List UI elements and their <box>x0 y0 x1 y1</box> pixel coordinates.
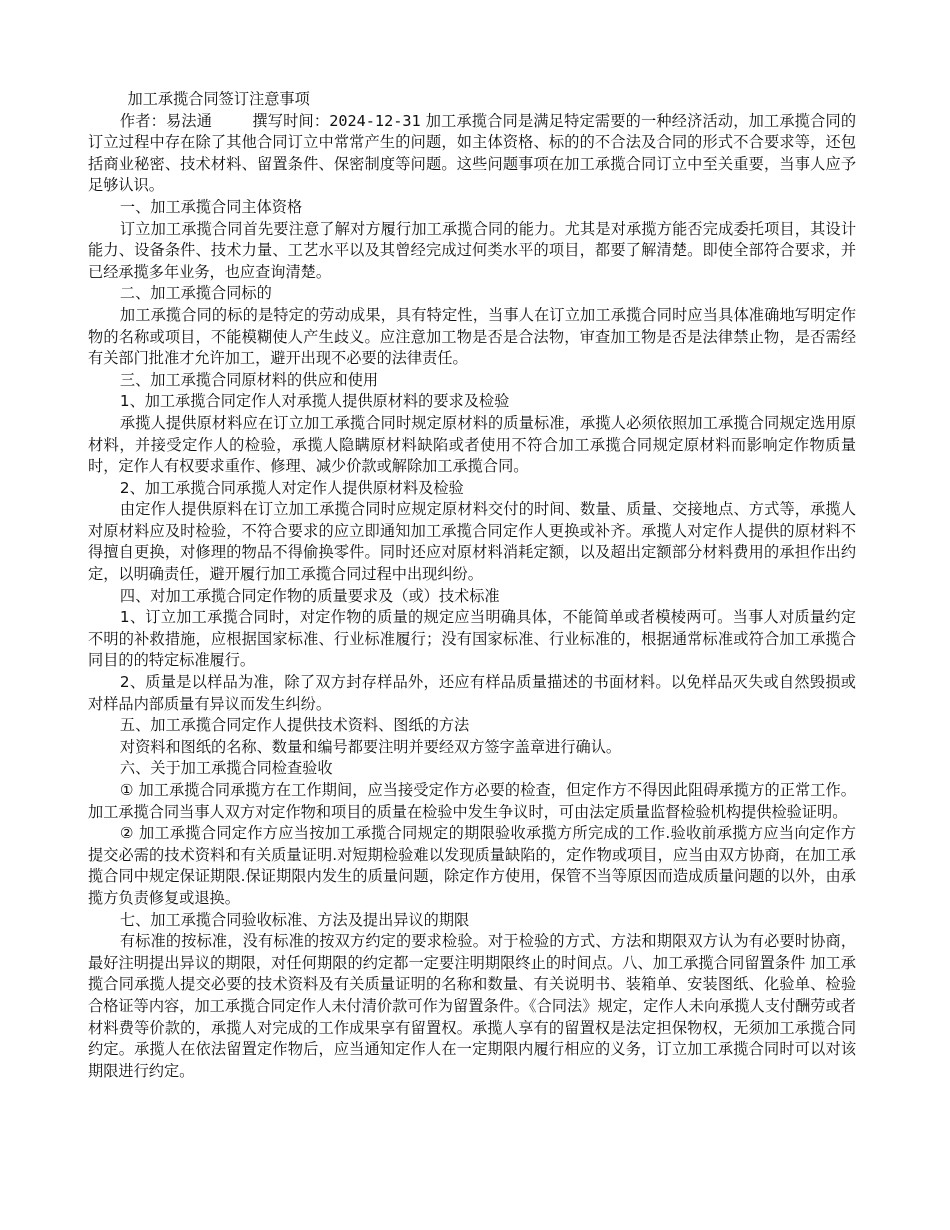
document-page: 加工承揽合同签订注意事项 作者：易法通 撰写时间：2024-12-31 加工承揽… <box>88 89 856 1082</box>
paragraph: 1、订立加工承揽合同时，对定作物的质量的规定应当明确具体，不能简单或者模棱两可。… <box>88 607 856 672</box>
paragraph: 2、质量是以样品为准，除了双方封存样品外，还应有样品质量描述的书面材料。以免样品… <box>88 672 856 715</box>
paragraph: 订立加工承揽合同首先要注意了解对方履行加工承揽合同的能力。尤其是对承揽方能否完成… <box>88 219 856 284</box>
section-heading-7: 七、加工承揽合同验收标准、方法及提出异议的期限 <box>88 910 856 932</box>
paragraph: 承揽人提供原材料应在订立加工承揽合同时规定原材料的质量标准，承揽人必须依照加工承… <box>88 413 856 478</box>
publish-date: 2024-12-31 <box>329 112 420 130</box>
paragraph: 有标准的按标准，没有标准的按双方约定的要求检验。对于检验的方式、方法和期限双方认… <box>88 931 856 1082</box>
section-heading-5: 五、加工承揽合同定作人提供技术资料、图纸的方法 <box>88 715 856 737</box>
section-heading-6: 六、关于加工承揽合同检查验收 <box>88 758 856 780</box>
subheading: 1、加工承揽合同定作人对承揽人提供原材料的要求及检验 <box>88 391 856 413</box>
meta-and-intro: 作者：易法通 撰写时间：2024-12-31 加工承揽合同是满足特定需要的一种经… <box>88 111 856 197</box>
paragraph: ① 加工承揽合同承揽方在工作期间，应当接受定作方必要的检查，但定作方不得因此阻碍… <box>88 780 856 823</box>
paragraph: 加工承揽合同的标的是特定的劳动成果，具有特定性，当事人在订立加工承揽合同时应当具… <box>88 305 856 370</box>
paragraph: ② 加工承揽合同定作方应当按加工承揽合同规定的期限验收承揽方所完成的工作.验收前… <box>88 823 856 909</box>
paragraph: 由定作人提供原料在订立加工承揽合同时应规定原材料交付的时间、数量、质量、交接地点… <box>88 499 856 585</box>
section-heading-3: 三、加工承揽合同原材料的供应和使用 <box>88 370 856 392</box>
section-heading-1: 一、加工承揽合同主体资格 <box>88 197 856 219</box>
date-label: 撰写时间： <box>252 112 329 130</box>
subheading: 2、加工承揽合同承揽人对定作人提供原材料及检验 <box>88 478 856 500</box>
section-heading-2: 二、加工承揽合同标的 <box>88 283 856 305</box>
author-name: 易法通 <box>166 112 212 130</box>
author-label: 作者： <box>120 112 166 130</box>
section-heading-4: 四、对加工承揽合同定作物的质量要求及（或）技术标准 <box>88 586 856 608</box>
paragraph: 对资料和图纸的名称、数量和编号都要注明并要经双方签字盖章进行确认。 <box>88 737 856 759</box>
document-title: 加工承揽合同签订注意事项 <box>88 89 856 111</box>
